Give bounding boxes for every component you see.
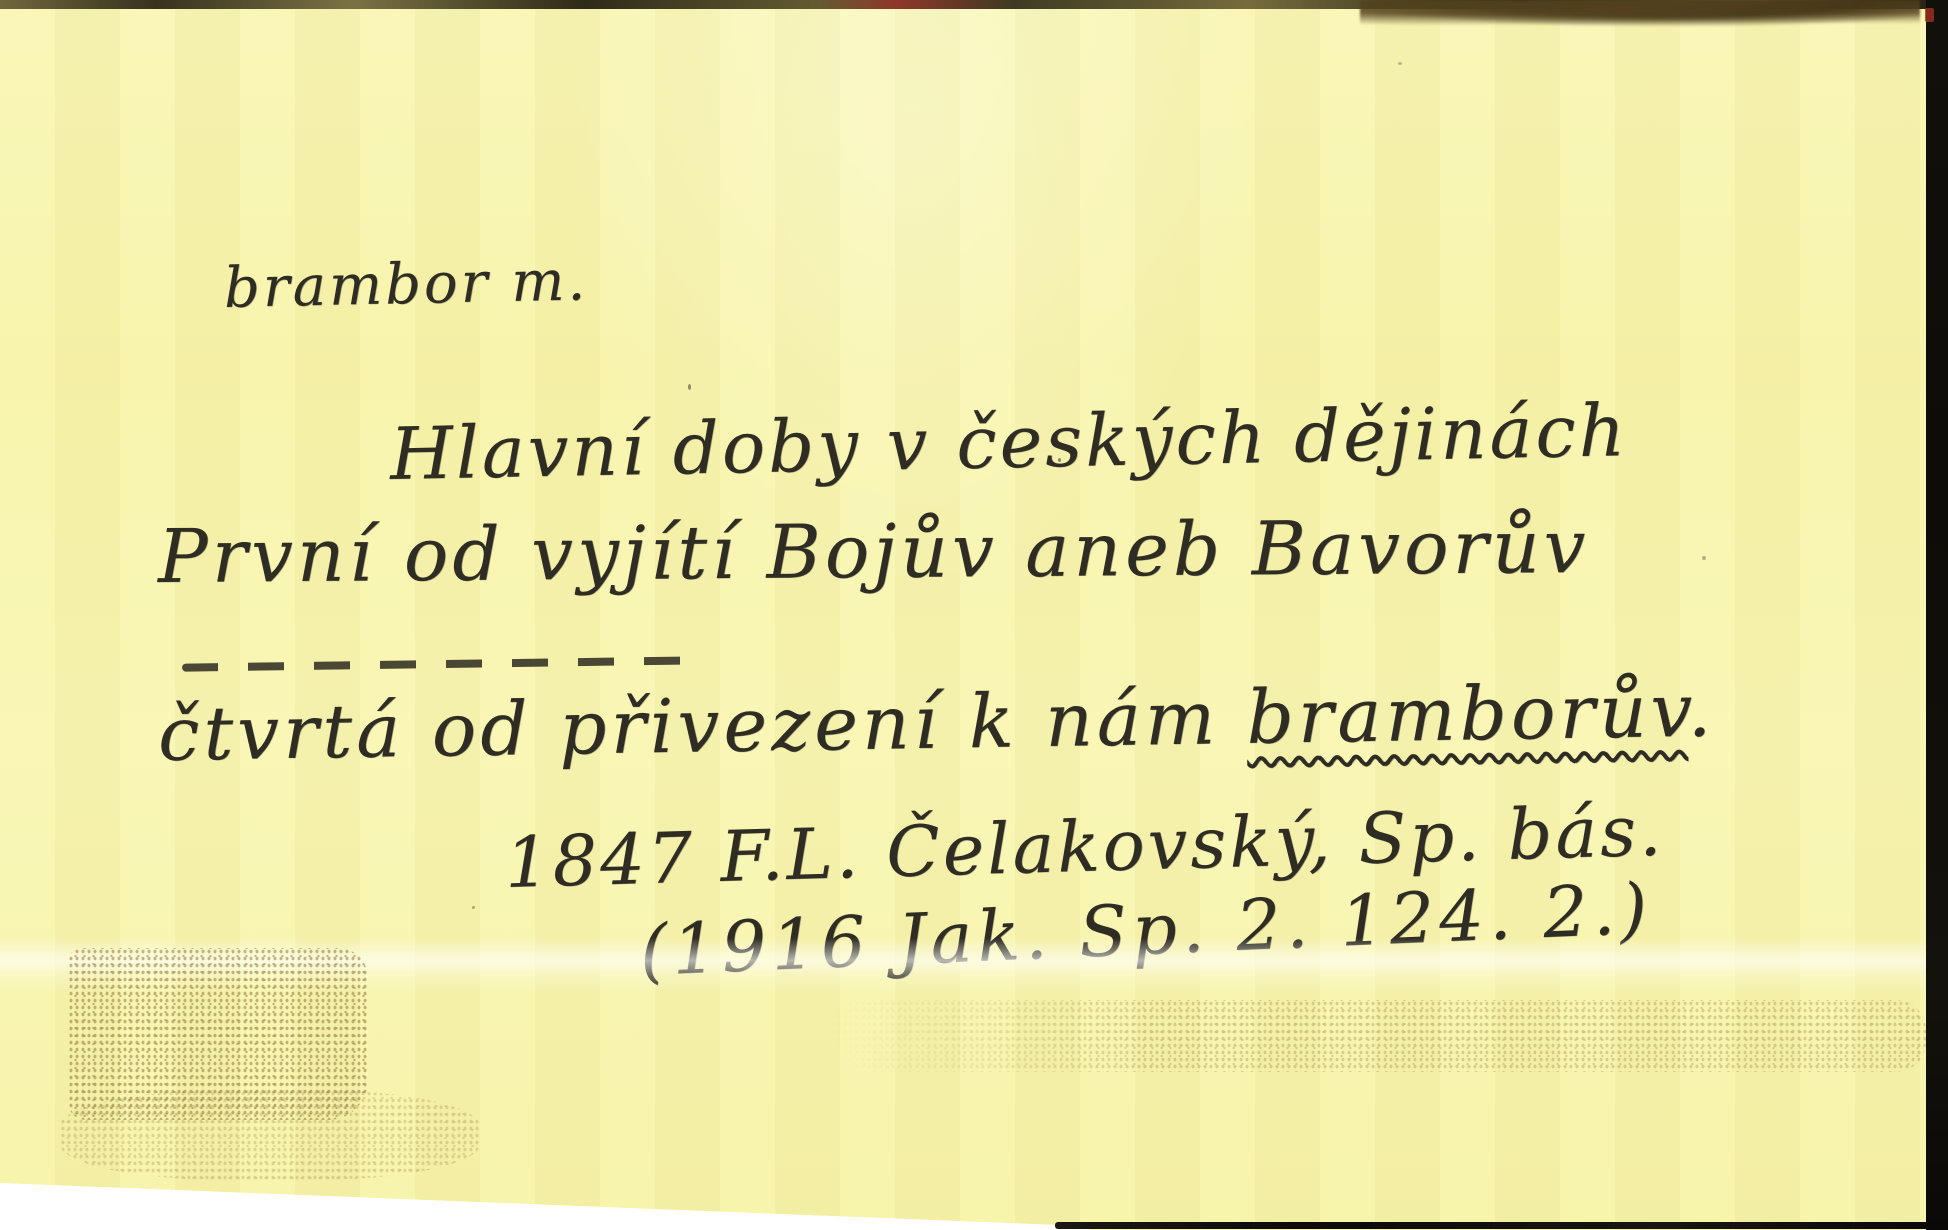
first-period-line-text: První od vyjítí Bojův aneb Bavorův: [158, 504, 1590, 600]
ink-speck: [688, 384, 691, 390]
dirt-smudge-right-band: [830, 1000, 1926, 1072]
fourth-line-underlined-word: bramborův: [1246, 668, 1688, 761]
scan-edge-red-speck: [1925, 8, 1934, 22]
index-card-paper: brambor m. Hlavní doby v českých dějinác…: [0, 0, 1948, 1230]
card-bottom-edge-shadow: [1055, 1222, 1933, 1229]
scan-right-edge-strip: [1926, 0, 1948, 1230]
ink-speck: [1398, 62, 1402, 65]
headword-text: brambor m.: [223, 248, 588, 321]
fourth-period-line-text: čtvrtá od přivezení k nám bramborův.: [157, 668, 1715, 778]
ink-speck: [1058, 458, 1061, 462]
fourth-line-suffix: .: [1687, 668, 1716, 754]
title-line-text: Hlavní doby v českých dějinách: [389, 388, 1629, 496]
ink-speck: [1702, 556, 1706, 560]
fourth-line-prefix: čtvrtá od přivezení k nám: [157, 675, 1247, 778]
dashed-separator-line: [182, 656, 702, 671]
scan-top-right-smear: [1360, 0, 1920, 26]
ink-speck: [472, 906, 475, 909]
dirt-smudge-left-tail: [60, 1090, 480, 1180]
scanned-card-page: brambor m. Hlavní doby v českých dějinác…: [0, 0, 1948, 1230]
